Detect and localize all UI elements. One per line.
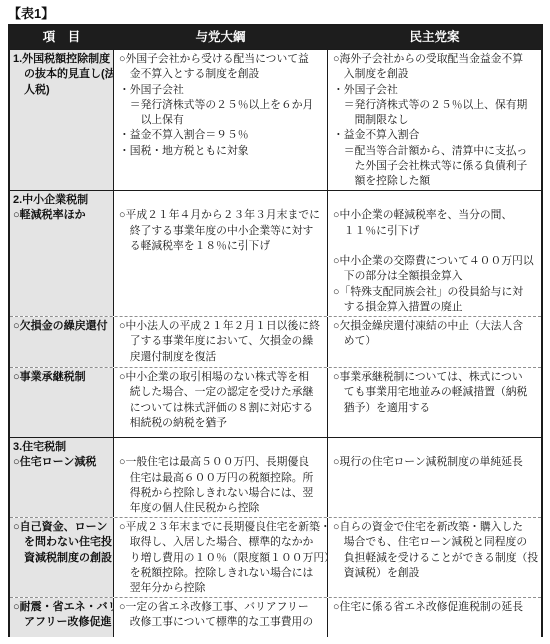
table-row-business-succession: ○事業承継税制 ○中小企業の取引相場のない株式等を相 続した場合、一定の認定を受… [10,367,541,437]
row-label: ○欠損金の繰戻還付 [10,317,114,367]
dpj-cell: ○事業承継税制については、株式につい ても事業用宅地並みの軽減措置（納税 猶予）… [328,368,541,437]
dpj-cell: ○欠損金繰戻還付凍結の中止（大法人含 めて） [328,317,541,367]
column-header-item: 項 目 [10,26,114,49]
ruling-party-cell: ○平成２３年末までに長期優良住宅を新築・ 取得し、入居した場合、標準的なかか り… [114,518,328,597]
column-header-ruling-party-outline: 与党大綱 [114,26,328,49]
dpj-cell: ○自らの資金で住宅を新改築・購入した 場合でも、住宅ローン減税と同程度の 負担軽… [328,518,541,597]
document-page: 【表1】 項 目 与党大綱 民主党案 1.外国税額控除制度 の抜本的見直し(法 … [0,0,550,644]
tax-comparison-table: 項 目 与党大綱 民主党案 1.外国税額控除制度 の抜本的見直し(法 人税) ○… [8,24,543,637]
ruling-party-cell: ○中小法人の平成２１年２月１日以後に終 了する事業年度において、欠損金の繰 戻還… [114,317,328,367]
row-label: 2.中小企業税制 ○軽減税率ほか [10,191,114,316]
table-caption: 【表1】 [8,3,54,22]
dpj-cell: ○現行の住宅ローン減税制度の単純延長 [328,438,541,517]
table-row-foreign-tax-credit: 1.外国税額控除制度 の抜本的見直し(法 人税) ○外国子会社から受ける配当につ… [10,49,541,190]
ruling-party-cell: ○中小企業の取引相場のない株式等を相 続した場合、一定の認定を受けた承継 につい… [114,368,328,437]
table-row-loss-carryback: ○欠損金の繰戻還付 ○中小法人の平成２１年２月１日以後に終 了する事業年度におい… [10,316,541,367]
table-row-sme-reduced-rate: 2.中小企業税制 ○軽減税率ほか ○平成２１年４月から２３年３月末までに 終了す… [10,190,541,316]
dpj-cell: ○海外子会社からの受取配当金益金不算 入制度を創設 ・外国子会社 ＝発行済株式等… [328,50,541,190]
dpj-cell: ○住宅に係る省エネ改修促進税制の延長 [328,598,541,637]
row-label: ○事業承継税制 [10,368,114,437]
table-header-row: 項 目 与党大綱 民主党案 [10,26,541,49]
row-label: 3.住宅税制 ○住宅ローン減税 [10,438,114,517]
ruling-party-cell: ○一般住宅は最高５００万円、長期優良 住宅は最高６００万円の税額控除。所 得税か… [114,438,328,517]
column-header-dpj-proposal: 民主党案 [328,26,541,49]
row-label: ○自己資金、ローン を問わない住宅投 資減税制度の創設 [10,518,114,597]
table-row-housing-investment-tax-cut: ○自己資金、ローン を問わない住宅投 資減税制度の創設 ○平成２３年末までに長期… [10,517,541,597]
row-label: ○耐震・省エネ・バリ アフリー改修促進 [10,598,114,637]
dpj-cell: ○中小企業の軽減税率を、当分の間、 １１％に引下げ ○中小企業の交際費について４… [328,191,541,316]
row-label: 1.外国税額控除制度 の抜本的見直し(法 人税) [10,50,114,190]
ruling-party-cell: ○一定の省エネ改修工事、バリアフリー 改修工事について標準的な工事費用の [114,598,328,637]
ruling-party-cell: ○平成２１年４月から２３年３月末までに 終了する事業年度の中小企業等に対す る軽… [114,191,328,316]
table-row-housing-loan-tax-cut: 3.住宅税制 ○住宅ローン減税 ○一般住宅は最高５００万円、長期優良 住宅は最高… [10,437,541,517]
ruling-party-cell: ○外国子会社から受ける配当について益 金不算入とする制度を創設 ・外国子会社 ＝… [114,50,328,190]
table-row-renovation-promotion: ○耐震・省エネ・バリ アフリー改修促進 ○一定の省エネ改修工事、バリアフリー 改… [10,597,541,637]
